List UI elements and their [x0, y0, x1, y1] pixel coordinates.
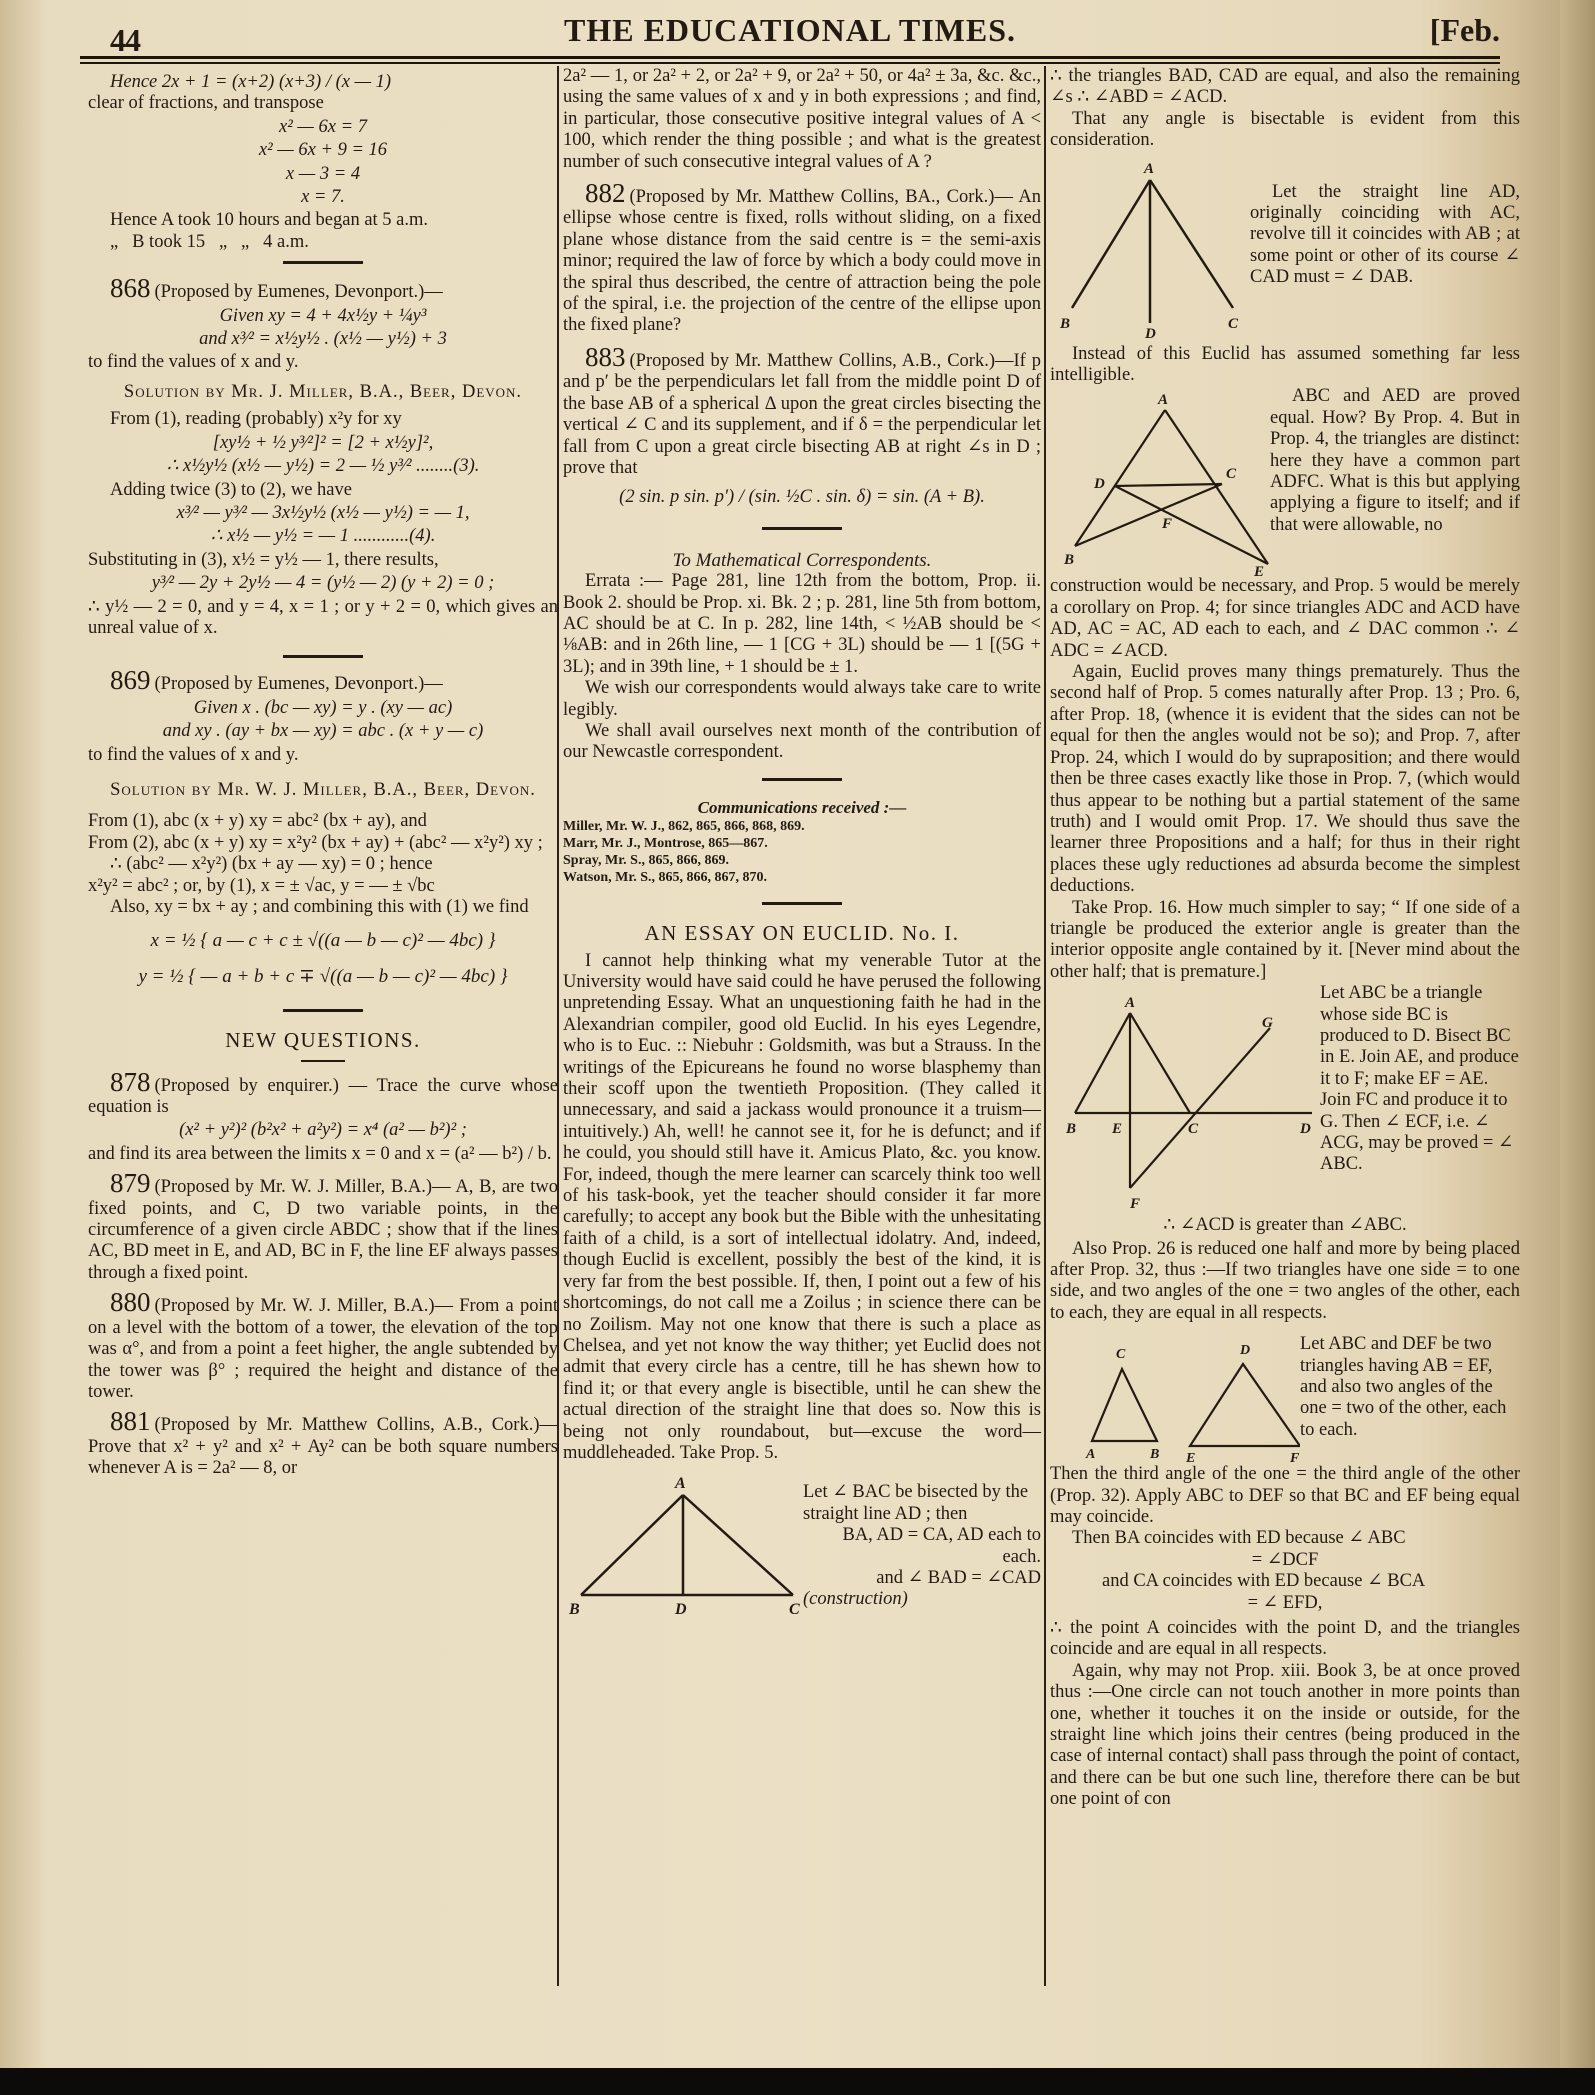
section-rule: [301, 1060, 345, 1062]
svg-text:B: B: [1059, 316, 1070, 332]
question-878-text-2: and find its area between the limits x =…: [88, 1144, 558, 1165]
svg-text:B: B: [1149, 1447, 1159, 1462]
solution-line: x³⁄² — y³⁄² — 3x½y½ (x½ — y½) = — 1,: [88, 503, 558, 524]
essay-body: I cannot help thinking what my venerable…: [563, 951, 1041, 1465]
communication-entry: Marr, Mr. J., Montrose, 865—867.: [563, 835, 1041, 852]
solution-line: From (1), reading (probably) x²y for xy: [88, 409, 558, 430]
solution-x-formula: x = ½ { a — c + c ± √((a — b — c)² — 4bc…: [88, 930, 558, 951]
paragraph: Again, Euclid proves many things prematu…: [1050, 662, 1520, 897]
paragraph: ∴ the point A coincides with the point D…: [1050, 1618, 1520, 1661]
question-868-head: (Proposed by Eumenes, Devonport.)—: [155, 282, 443, 302]
svg-text:D: D: [1239, 1343, 1250, 1358]
triangle-bisector-diagram: A B C D: [563, 1470, 803, 1620]
question-868-given-2: and x³⁄² = x½y½ . (x½ — y½) + 3: [88, 329, 558, 350]
page-edge: [1560, 0, 1595, 2068]
solution-line: Substituting in (3), x½ = y½ — 1, there …: [88, 550, 558, 571]
figure-2-text: Let the straight line AD, originally coi…: [1250, 182, 1520, 289]
new-questions-heading: NEW QUESTIONS.: [88, 1030, 558, 1051]
svg-text:D: D: [1093, 476, 1105, 492]
svg-text:E: E: [1185, 1451, 1195, 1464]
question-number-881: 881: [110, 1406, 151, 1436]
svg-text:D: D: [1299, 1121, 1311, 1137]
question-868-given-1: Given xy = 4 + 4x½y + ¼y³: [88, 306, 558, 327]
solution-line: ∴ (abc² — x²y²) (bx + ay — xy) = 0 ; hen…: [88, 854, 558, 875]
essay-heading: AN ESSAY ON EUCLID. No. I.: [563, 923, 1041, 944]
solution-line: y³⁄² — 2y + 2y½ — 4 = (y½ — 2) (y + 2) =…: [88, 573, 558, 594]
next-month-note: We shall avail ourselves next month of t…: [563, 721, 1041, 764]
text-clear: clear of fractions, and transpose: [88, 93, 558, 114]
errata-text: Errata :— Page 281, line 12th from the b…: [563, 571, 1041, 678]
publication-title: THE EDUCATIONAL TIMES.: [80, 12, 1500, 49]
solution-line: [xy½ + ½ y³⁄²]² = [2 + x½y]²,: [88, 433, 558, 454]
question-869-given-2: and xy . (ay + bx — xy) = abc . (x + y —…: [88, 721, 558, 742]
solution-line: From (2), abc (x + y) xy = x²y² (bx + ay…: [88, 833, 558, 854]
column-divider-2: [1044, 66, 1046, 1986]
solution-y-formula: y = ½ { — a + b + c ∓ √((a — b — c)² — 4…: [88, 966, 558, 987]
question-number-882: 882: [585, 178, 626, 208]
question-882-text: (Proposed by Mr. Matthew Collins, BA., C…: [563, 187, 1041, 335]
question-869-given-1: Given x . (bc — xy) = y . (xy — ac): [88, 698, 558, 719]
question-number-883: 883: [585, 342, 626, 372]
coincide-line: = ∠ EFD,: [1050, 1593, 1520, 1614]
svg-text:C: C: [789, 1601, 800, 1618]
communication-entry: Watson, Mr. S., 865, 866, 867, 870.: [563, 869, 1041, 886]
section-rule: [762, 778, 842, 781]
question-880-text: (Proposed by Mr. W. J. Miller, B.A.)— Fr…: [88, 1296, 558, 1402]
solution-line: Adding twice (3) to (2), we have: [88, 480, 558, 501]
svg-text:A: A: [674, 1475, 686, 1492]
section-rule: [762, 902, 842, 905]
solution-line: ∴ x½y½ (x½ — y½) = 2 — ½ y³⁄² ........(3…: [88, 456, 558, 477]
coincide-line: Then BA coincides with ED because ∠ ABC: [1050, 1528, 1520, 1549]
prop16-diagram: A B C D E F G: [1050, 983, 1320, 1213]
question-number-868: 868: [110, 273, 151, 303]
equation-line: x — 3 = 4: [88, 164, 558, 185]
angle-bisection-diagram: A B C D: [1050, 158, 1250, 338]
figure-1-text: Let ∠ BAC be bisected by the straight li…: [803, 1482, 1041, 1525]
column-3: ∴ the triangles BAD, CAD are equal, and …: [1050, 66, 1520, 1811]
solution-line: ∴ y½ — 2 = 0, and y = 4, x = 1 ; or y + …: [88, 597, 558, 640]
figure-4-text: Let ABC be a triangle whose side BC is p…: [1320, 983, 1520, 1176]
question-869-head: (Proposed by Eumenes, Devonport.)—: [155, 674, 443, 694]
svg-text:G: G: [1262, 1015, 1273, 1031]
header-rule: [80, 56, 1500, 59]
section-rule: [283, 261, 363, 264]
question-number-879: 879: [110, 1168, 151, 1198]
paragraph: Instead of this Euclid has assumed somet…: [1050, 344, 1520, 387]
solution-line: From (1), abc (x + y) xy = abc² (bx + ay…: [88, 811, 558, 832]
svg-text:C: C: [1226, 466, 1237, 482]
coincide-line: and CA coincides with ED because ∠ BCA: [1050, 1571, 1520, 1592]
communication-entry: Miller, Mr. W. J., 862, 865, 866, 868, 8…: [563, 818, 1041, 835]
text-hence-b: „ B took 15 „ „ 4 a.m.: [88, 232, 558, 253]
svg-text:B: B: [568, 1601, 580, 1618]
figure-angle-bisection: A B C D Let the straight line AD, origin…: [1050, 158, 1520, 338]
svg-text:B: B: [1063, 552, 1074, 568]
figure-1-text: (construction): [803, 1589, 1041, 1610]
figure-prop16: A B C D E F G Let ABC be a triangle whos…: [1050, 983, 1520, 1213]
figure-prop26: C A B D E F Let ABC and DEF be two trian…: [1050, 1334, 1520, 1464]
figure-prop5: A B C D Let ∠ BAC be bisected by the str…: [563, 1470, 1041, 1620]
figure-3-text: ABC and AED are proved equal. How? By Pr…: [1270, 386, 1520, 536]
question-881-text: (Proposed by Mr. Matthew Collins, A.B., …: [88, 1415, 558, 1478]
figure-1-text: BA, AD = CA, AD each to each.: [803, 1525, 1041, 1568]
question-number-880: 880: [110, 1287, 151, 1317]
paragraph: Also Prop. 26 is reduced one half and mo…: [1050, 1239, 1520, 1325]
section-rule: [283, 655, 363, 658]
svg-text:A: A: [1124, 995, 1135, 1011]
paragraph: Take Prop. 16. How much simpler to say; …: [1050, 898, 1520, 984]
question-869-find: to find the values of x and y.: [88, 745, 558, 766]
coincide-line: = ∠DCF: [1050, 1550, 1520, 1571]
question-878-text: (Proposed by enquirer.) — Trace the curv…: [88, 1076, 558, 1117]
question-number-878: 878: [110, 1067, 151, 1097]
section-rule: [762, 527, 842, 530]
svg-text:E: E: [1253, 564, 1264, 576]
communication-entry: Spray, Mr. S., 865, 866, 869.: [563, 852, 1041, 869]
svg-text:C: C: [1228, 316, 1239, 332]
figure-prop5-euclid: A B C D E F ABC and AED are proved equal…: [1050, 386, 1520, 576]
equation-hence: Hence 2x + 1 = (x+2) (x+3) / (x — 1): [88, 72, 558, 93]
prop5-diagram: A B C D E F: [1050, 386, 1270, 576]
figure-1-text: and ∠ BAD = ∠CAD: [803, 1568, 1041, 1589]
svg-text:C: C: [1116, 1347, 1126, 1362]
solution-line: ∴ x½ — y½ = — 1 ............(4).: [88, 526, 558, 547]
issue-month: [Feb.: [1430, 12, 1500, 49]
svg-text:F: F: [1161, 516, 1172, 532]
paragraph: ∴ the triangles BAD, CAD are equal, and …: [1050, 66, 1520, 109]
paragraph: Again, why may not Prop. xiii. Book 3, b…: [1050, 1661, 1520, 1811]
question-879-text: (Proposed by Mr. W. J. Miller, B.A.)— A,…: [88, 1177, 558, 1283]
paragraph: Then the third angle of the one = the th…: [1050, 1464, 1520, 1528]
equation-line: x² — 6x = 7: [88, 117, 558, 138]
solution-line: x²y² = abc² ; or, by (1), x = ± √ac, y =…: [88, 876, 558, 897]
question-883-equation: (2 sin. p sin. p′) / (sin. ½C . sin. δ) …: [563, 487, 1041, 508]
figure-5-text: Let ABC and DEF be two triangles having …: [1300, 1334, 1520, 1441]
svg-text:A: A: [1085, 1447, 1095, 1462]
column-1: Hence 2x + 1 = (x+2) (x+3) / (x — 1) cle…: [88, 66, 558, 1480]
solution-868-heading: Solution by Mr. J. Miller, B.A., Beer, D…: [88, 382, 558, 403]
svg-text:C: C: [1188, 1121, 1199, 1137]
section-rule: [283, 1009, 363, 1012]
conclusion: ∴ ∠ACD is greater than ∠ABC.: [1050, 1215, 1520, 1236]
solution-line: Also, xy = bx + ay ; and combining this …: [88, 897, 558, 918]
paragraph: construction would be necessary, and Pro…: [1050, 576, 1520, 662]
header-rule-thin: [80, 62, 1500, 64]
communications-heading: Communications received :—: [563, 797, 1041, 818]
svg-text:B: B: [1065, 1121, 1076, 1137]
legibility-note: We wish our correspondents would always …: [563, 678, 1041, 721]
question-883-text: (Proposed by Mr. Matthew Collins, A.B., …: [563, 351, 1041, 478]
two-triangles-diagram: C A B D E F: [1050, 1334, 1300, 1464]
svg-text:D: D: [674, 1601, 687, 1618]
solution-869-heading: Solution by Mr. W. J. Miller, B.A., Beer…: [88, 780, 558, 801]
svg-text:A: A: [1143, 161, 1154, 177]
equation-line: x² — 6x + 9 = 16: [88, 140, 558, 161]
svg-text:E: E: [1111, 1121, 1122, 1137]
text-hence-a: Hence A took 10 hours and began at 5 a.m…: [88, 210, 558, 231]
question-868-find: to find the values of x and y.: [88, 352, 558, 373]
question-878-equation: (x² + y²)² (b²x² + a²y²) = x⁴ (a² — b²)²…: [88, 1120, 558, 1141]
correspondents-heading: To Mathematical Correspondents.: [563, 550, 1041, 571]
svg-text:A: A: [1157, 392, 1168, 408]
masthead: 44 THE EDUCATIONAL TIMES. [Feb.: [80, 8, 1500, 48]
question-881-continued: 2a² — 1, or 2a² + 2, or 2a² + 9, or 2a² …: [563, 66, 1041, 173]
equation-line: x = 7.: [88, 187, 558, 208]
question-number-869: 869: [110, 665, 151, 695]
svg-text:D: D: [1144, 326, 1156, 338]
svg-text:F: F: [1289, 1451, 1300, 1464]
paragraph: That any angle is bisectable is evident …: [1050, 109, 1520, 152]
column-2: 2a² — 1, or 2a² + 2, or 2a² + 9, or 2a² …: [563, 66, 1041, 1620]
svg-text:F: F: [1129, 1196, 1140, 1212]
